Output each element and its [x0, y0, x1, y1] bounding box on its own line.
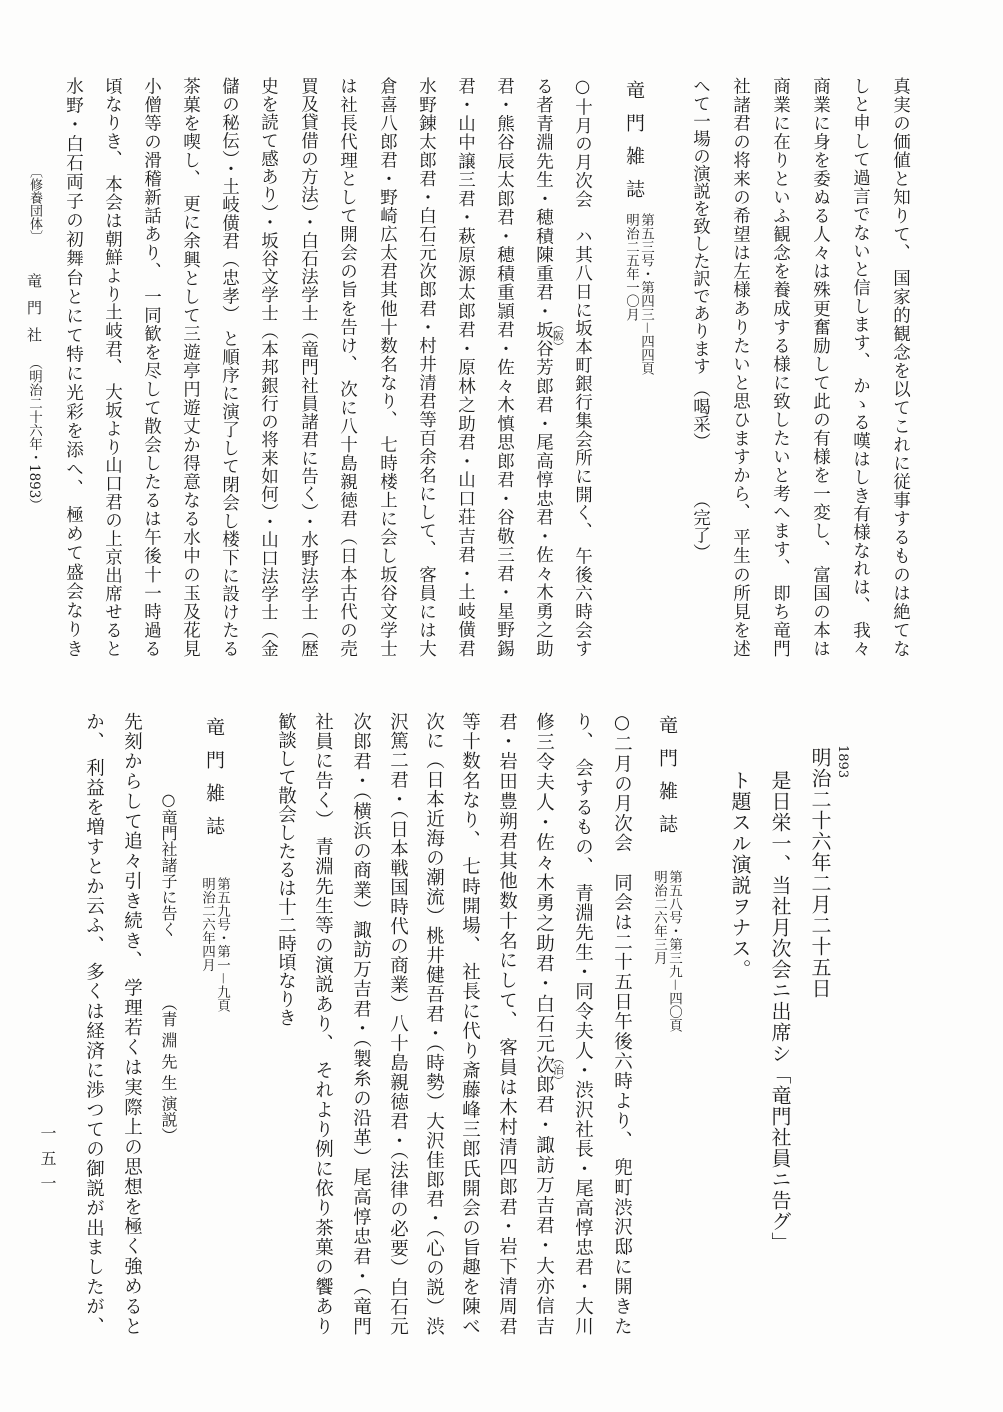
diary-date: 明治二十六年二月二十五日	[810, 747, 830, 999]
article-line: 水野錬太郎君・白石元次郎君・村井清君等百余名にして、 客員には大	[417, 77, 435, 657]
source-reference: 第五九号・第一－九頁 明治二六年四月	[199, 877, 229, 1012]
annotated-base: 坂	[534, 321, 554, 340]
article-line: 倉喜八郎君・野崎広太君其他十数名なり、 七時楼上に会し坂谷文学士	[378, 77, 396, 657]
article-line: 次に（日本近海の潮流）桃井健吾君・（時勢）大沢佳郎君・（心の説）渋	[424, 712, 443, 1335]
annotated-char: 次（治）	[534, 1055, 555, 1075]
year-marker: 1893	[836, 745, 849, 778]
article-line: 修三令夫人・佐々木勇之助君・白石元次（治）郎君・諏訪万吉君・大亦信吉	[534, 712, 553, 1335]
article-line: 茶菓を喫し、 更に余興として三遊亭円遊丈か得意なる水中の玉及花見	[181, 77, 199, 657]
article-line: 小僧等の滑稽新話あり、 一同歓を尽して散会したるは午後十一時過る	[142, 77, 160, 657]
source-issue: 第五八号・第三九－四〇頁	[666, 870, 681, 1032]
source-date: 明治二六年三月	[651, 870, 666, 1032]
source-reference: 第五八号・第三九－四〇頁 明治二六年三月	[651, 870, 681, 1032]
line-text: 谷芳郎君・尾高惇忠君・佐々木勇之助	[534, 340, 554, 658]
source-title: 竜門雑誌	[624, 80, 643, 212]
annotated-char: 坂（阪）	[534, 321, 554, 340]
article-line: 買及貸借の方法）・白石法学士（竜門社員諸君に告く）・水野法学士（歴	[299, 77, 317, 657]
running-head-publisher: 竜門社	[25, 273, 43, 354]
article-line: は社長代理として開会の旨を告け、 次に八十島親徳君（日本古代の売	[338, 77, 356, 657]
article-line: 先刻からして追々引き続き、 学理若くは実際上の思想を極く強めると	[122, 712, 141, 1335]
article-line: 君・岩田豊朔君其他数十名にして、 客員は木村清四郎君・岩下清周君	[497, 712, 516, 1335]
line-text: る者青淵先生・穂積陳重君・	[534, 77, 554, 321]
source-date: 明治二五年一〇月	[623, 213, 638, 375]
speech-line: 社諸君の将来の希望は左様ありたいと思ひますから、 平生の所見を述	[731, 77, 749, 657]
source-reference: 第五三号・第四三－四四頁 明治二五年一〇月	[623, 213, 653, 375]
article-line: 歓談して散会したるは十二時頃なりき	[276, 712, 295, 1027]
document-page: 真実の価値と知りて、 国家的観念を以てこれに従事するものは絶てな しと申して過言…	[0, 0, 1003, 1412]
article-heading: ○竜門社諸子に告く（青 淵 先 生 演説）	[160, 790, 176, 1143]
speech-line: 商業に在りといふ観念を養成する様に致したいと考へます、 即ち竜門	[771, 77, 789, 657]
diary-line: 是日栄一、当社月次会ニ出席シ「竜門社員ニ告グ」	[770, 770, 790, 1253]
speech-line-text: へて一場の演説を致した訳であります （喝采）	[691, 77, 711, 450]
article-line: 等十数名なり、 七時開場、 社長に代り斎藤峰三郎氏開会の旨趣を陳べ	[460, 712, 479, 1335]
article-line: ○二月の月次会 同会は二十五日午後六時より、 兜町渋沢邸に開きた	[612, 712, 631, 1335]
source-issue: 第五三号・第四三－四四頁	[638, 213, 653, 375]
page-number: 一五一	[39, 1125, 55, 1200]
article-line: 水野・白石両子の初舞台とにて特に光彩を添へ、 極めて盛会なりき	[64, 77, 82, 657]
article-line: 次郎君・（横浜の商業）諏訪万吉君・（製糸の沿革）尾高惇忠君・（竜門	[351, 712, 370, 1335]
diary-line: ト題スル演説ヲナス。	[730, 770, 750, 980]
article-line: 君・熊谷辰太郎君・穂積重頴君・佐々木慎思郎君・谷敬三君・星野錫	[495, 77, 513, 657]
line-text: 郎君・諏訪万吉君・大亦信吉	[534, 1075, 555, 1335]
speech-line: しと申して過言でないと信します、 かゝる嘆はしき有様なれは、 我々	[851, 77, 869, 657]
speaker-note: （青 淵 先 生 演説）	[159, 995, 178, 1143]
source-title: 竜門雑誌	[657, 715, 676, 847]
article-line: ○十月の月次会 ハ其八日に坂本町銀行集会所に開く、 午後六時会す	[573, 77, 591, 657]
article-line: 史を読て感あり）・坂谷文学士（本邦銀行の将来如何）・山口法学士（金	[259, 77, 277, 657]
article-line: 頃なりき、 本会は朝鮮より土岐君、 大坂より山口君の上京出席せると	[103, 77, 121, 657]
running-head-category: 〔修養団体〕	[27, 165, 42, 243]
running-head: 〔修養団体〕竜門社（明治二十六年・1893）	[26, 165, 42, 512]
article-line: る者青淵先生・穂積陳重君・坂（阪）谷芳郎君・尾高惇忠君・佐々木勇之助	[534, 77, 552, 657]
article-heading-text: ○竜門社諸子に告く	[159, 790, 178, 937]
closing-note: （完了）	[691, 500, 711, 561]
article-line: り、 会するもの、 青淵先生・同令夫人・渋沢社長・尾高惇忠君・大川	[573, 712, 592, 1335]
line-text: 修三令夫人・佐々木勇之助君・白石元	[534, 712, 555, 1055]
speech-line-last: へて一場の演説を致した訳であります （喝采）（完了）	[691, 77, 709, 561]
correction-annotation: （治）	[553, 1053, 564, 1086]
running-head-period: （明治二十六年・1893）	[26, 356, 42, 512]
speech-line: 商業に身を委ぬる人々は殊更奮励して此の有様を一変し、 富国の本は	[811, 77, 829, 657]
article-line: 社員に告く） 青淵先生等の演説あり、 それより例に依り茶菓の饗あり	[313, 712, 332, 1335]
correction-annotation: （阪）	[553, 319, 564, 352]
source-title: 竜門雑誌	[204, 717, 223, 849]
article-line: 儲の秘伝）・土岐僙君（忠孝） と順序に演了して閉会し楼下に設けたる	[220, 77, 238, 657]
article-line: か、 利益を増すとか云ふ、 多くは経済に渉つての御説が出ましたが、	[84, 712, 103, 1335]
source-date: 明治二六年四月	[199, 877, 214, 1012]
article-line: 君・山中譲三君・萩原源太郎君・原林之助君・山口荘吉君・土岐僙君	[456, 77, 474, 657]
article-line: 沢篤二君・（日本戦国時代の商業）八十島親徳君・（法律の必要）白石元	[388, 712, 407, 1335]
speech-line: 真実の価値と知りて、 国家的観念を以てこれに従事するものは絶てな	[891, 77, 909, 657]
source-issue: 第五九号・第一－九頁	[214, 877, 229, 1012]
